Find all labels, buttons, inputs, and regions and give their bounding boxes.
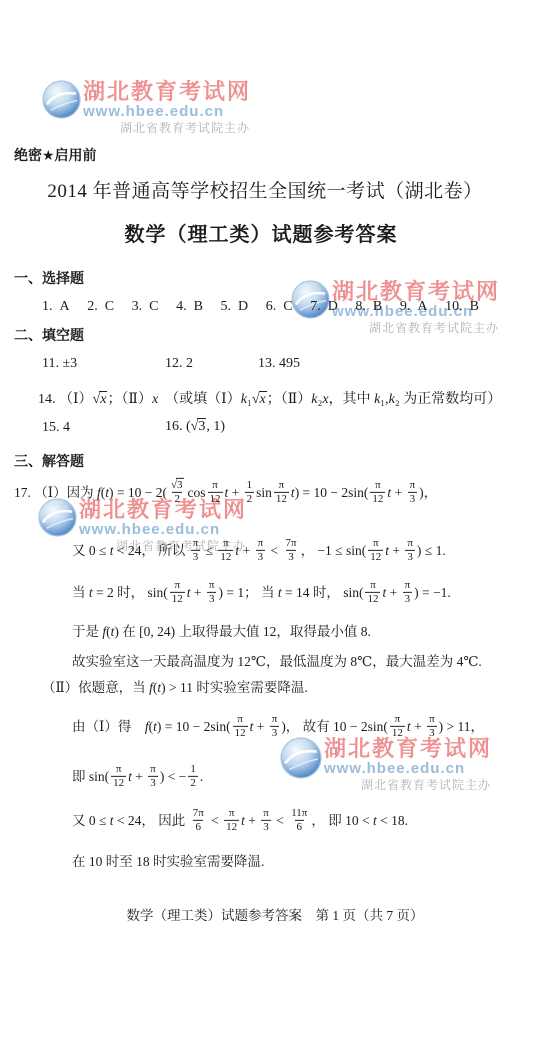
choice-answer: 8.B [355, 299, 382, 315]
choice-answer-number: 8. [355, 299, 366, 314]
watermark-sponsor: 湖北省教育考试院主办 [332, 322, 500, 335]
fill-answer-13: 13. 495 [258, 356, 300, 372]
solution-line-10: 在 10 时至 18 时实验室需要降温. [72, 850, 264, 870]
fill-answer-12: 12. 2 [165, 356, 193, 372]
solution-line-1: 17. （Ⅰ）因为 f(t) = 10 − 2(√32cosπ12t + 12s… [14, 481, 437, 507]
solution-line-5: 故实验室这一天最高温度为 12℃，最低温度为 8℃，最大温差为 4℃. [72, 650, 482, 670]
choice-answer-number: 2. [87, 299, 98, 314]
choice-answer-letter: D [238, 299, 248, 314]
watermark-sponsor: 湖北省教育考试院主办 [324, 779, 492, 792]
choice-answers-row: 1.A2.C3.C4.B5.D6.C7.D8.B9.A10.B [42, 299, 479, 315]
solution-line-4: 于是 f(t) 在 [0, 24) 上取得最大值 12，取得最小值 8. [72, 620, 371, 640]
watermark-sponsor: 湖北省教育考试院主办 [83, 122, 251, 135]
section-heading-solution: 三、解答题 [14, 451, 84, 471]
solution-line-2: 又 0 ≤ t < 24， 所以 π3 ≤ π12t + π3 < 7π3， −… [72, 539, 446, 565]
hbee-globe-logo-icon [280, 737, 322, 784]
page-footer: 数学（理工类）试题参考答案 第 1 页（共 7 页） [0, 904, 550, 924]
watermark-site-name: 湖北教育考试网 [83, 80, 251, 103]
choice-answer-number: 10. [445, 299, 463, 314]
section-heading-choice: 一、选择题 [14, 268, 84, 288]
solution-line-3: 当 t = 2 时， sin(π12t + π3) = 1； 当 t = 14 … [72, 581, 451, 607]
scanned-answer-page: 湖北教育考试网 www.hbee.edu.cn 湖北省教育考试院主办 湖北教育考… [0, 0, 550, 1039]
solution-line-6: （Ⅱ）依题意，当 f(t) > 11 时实验室需要降温. [42, 676, 308, 696]
watermark-site-url: www.hbee.edu.cn [79, 522, 247, 538]
choice-answer: 7.D [310, 299, 338, 315]
choice-answer-letter: B [470, 299, 479, 314]
solution-line-9: 又 0 ≤ t < 24， 因此 7π6 < π12t + π3 < 11π6，… [72, 809, 408, 835]
choice-answer-number: 4. [176, 299, 187, 314]
watermark-text: 湖北教育考试网 www.hbee.edu.cn 湖北省教育考试院主办 [83, 80, 251, 135]
choice-answer-number: 5. [221, 299, 232, 314]
choice-answer-letter: C [105, 299, 114, 314]
hbee-globe-logo-icon [42, 80, 81, 124]
watermark-site-url: www.hbee.edu.cn [324, 761, 492, 777]
choice-answer: 1.A [42, 299, 70, 315]
fill-answer-15: 15. 4 [42, 420, 70, 436]
choice-answer-letter: A [417, 299, 427, 314]
fill-answer-14: 14. （Ⅰ）√x；（Ⅱ）x （或填（Ⅰ）k₁√x；（Ⅱ）k₂x，其中 k₁,k… [38, 388, 501, 408]
choice-answer-letter: C [149, 299, 158, 314]
fill-answer-16: 16. (√3, 1) [165, 419, 225, 435]
choice-answer-letter: B [373, 299, 382, 314]
choice-answer: 2.C [87, 299, 114, 315]
choice-answer-number: 7. [310, 299, 321, 314]
watermark-right-lower: 湖北教育考试网 www.hbee.edu.cn 湖北省教育考试院主办 [280, 737, 492, 792]
choice-answer-letter: C [283, 299, 292, 314]
choice-answer-letter: D [328, 299, 338, 314]
choice-answer: 5.D [221, 299, 249, 315]
watermark-text: 湖北教育考试网 www.hbee.edu.cn 湖北省教育考试院主办 [324, 737, 492, 792]
choice-answer: 6.C [266, 299, 293, 315]
choice-answer-letter: A [60, 299, 70, 314]
choice-answer-number: 6. [266, 299, 277, 314]
choice-answer-number: 3. [132, 299, 143, 314]
solution-line-8: 即 sin(π12t + π3) < −12. [72, 765, 203, 791]
choice-answer: 9.A [400, 299, 428, 315]
choice-answer-letter: B [194, 299, 203, 314]
fill-answer-11: 11. ±3 [42, 356, 77, 372]
choice-answer-number: 1. [42, 299, 53, 314]
choice-answer: 10.B [445, 299, 479, 315]
solution-line-7: 由（Ⅰ）得 f(t) = 10 − 2sin(π12t + π3)， 故有 10… [72, 715, 484, 741]
choice-answer: 3.C [132, 299, 159, 315]
choice-answer-number: 9. [400, 299, 411, 314]
exam-title: 2014 年普通高等学校招生全国统一考试（湖北卷） [0, 176, 540, 203]
watermark-top-left: 湖北教育考试网 www.hbee.edu.cn 湖北省教育考试院主办 [42, 80, 251, 135]
section-heading-fill: 二、填空题 [14, 325, 84, 345]
secrecy-notice: 绝密★启用前 [14, 145, 97, 165]
subject-title: 数学（理工类）试题参考答案 [0, 218, 536, 247]
choice-answer: 4.B [176, 299, 203, 315]
watermark-site-url: www.hbee.edu.cn [83, 104, 251, 120]
